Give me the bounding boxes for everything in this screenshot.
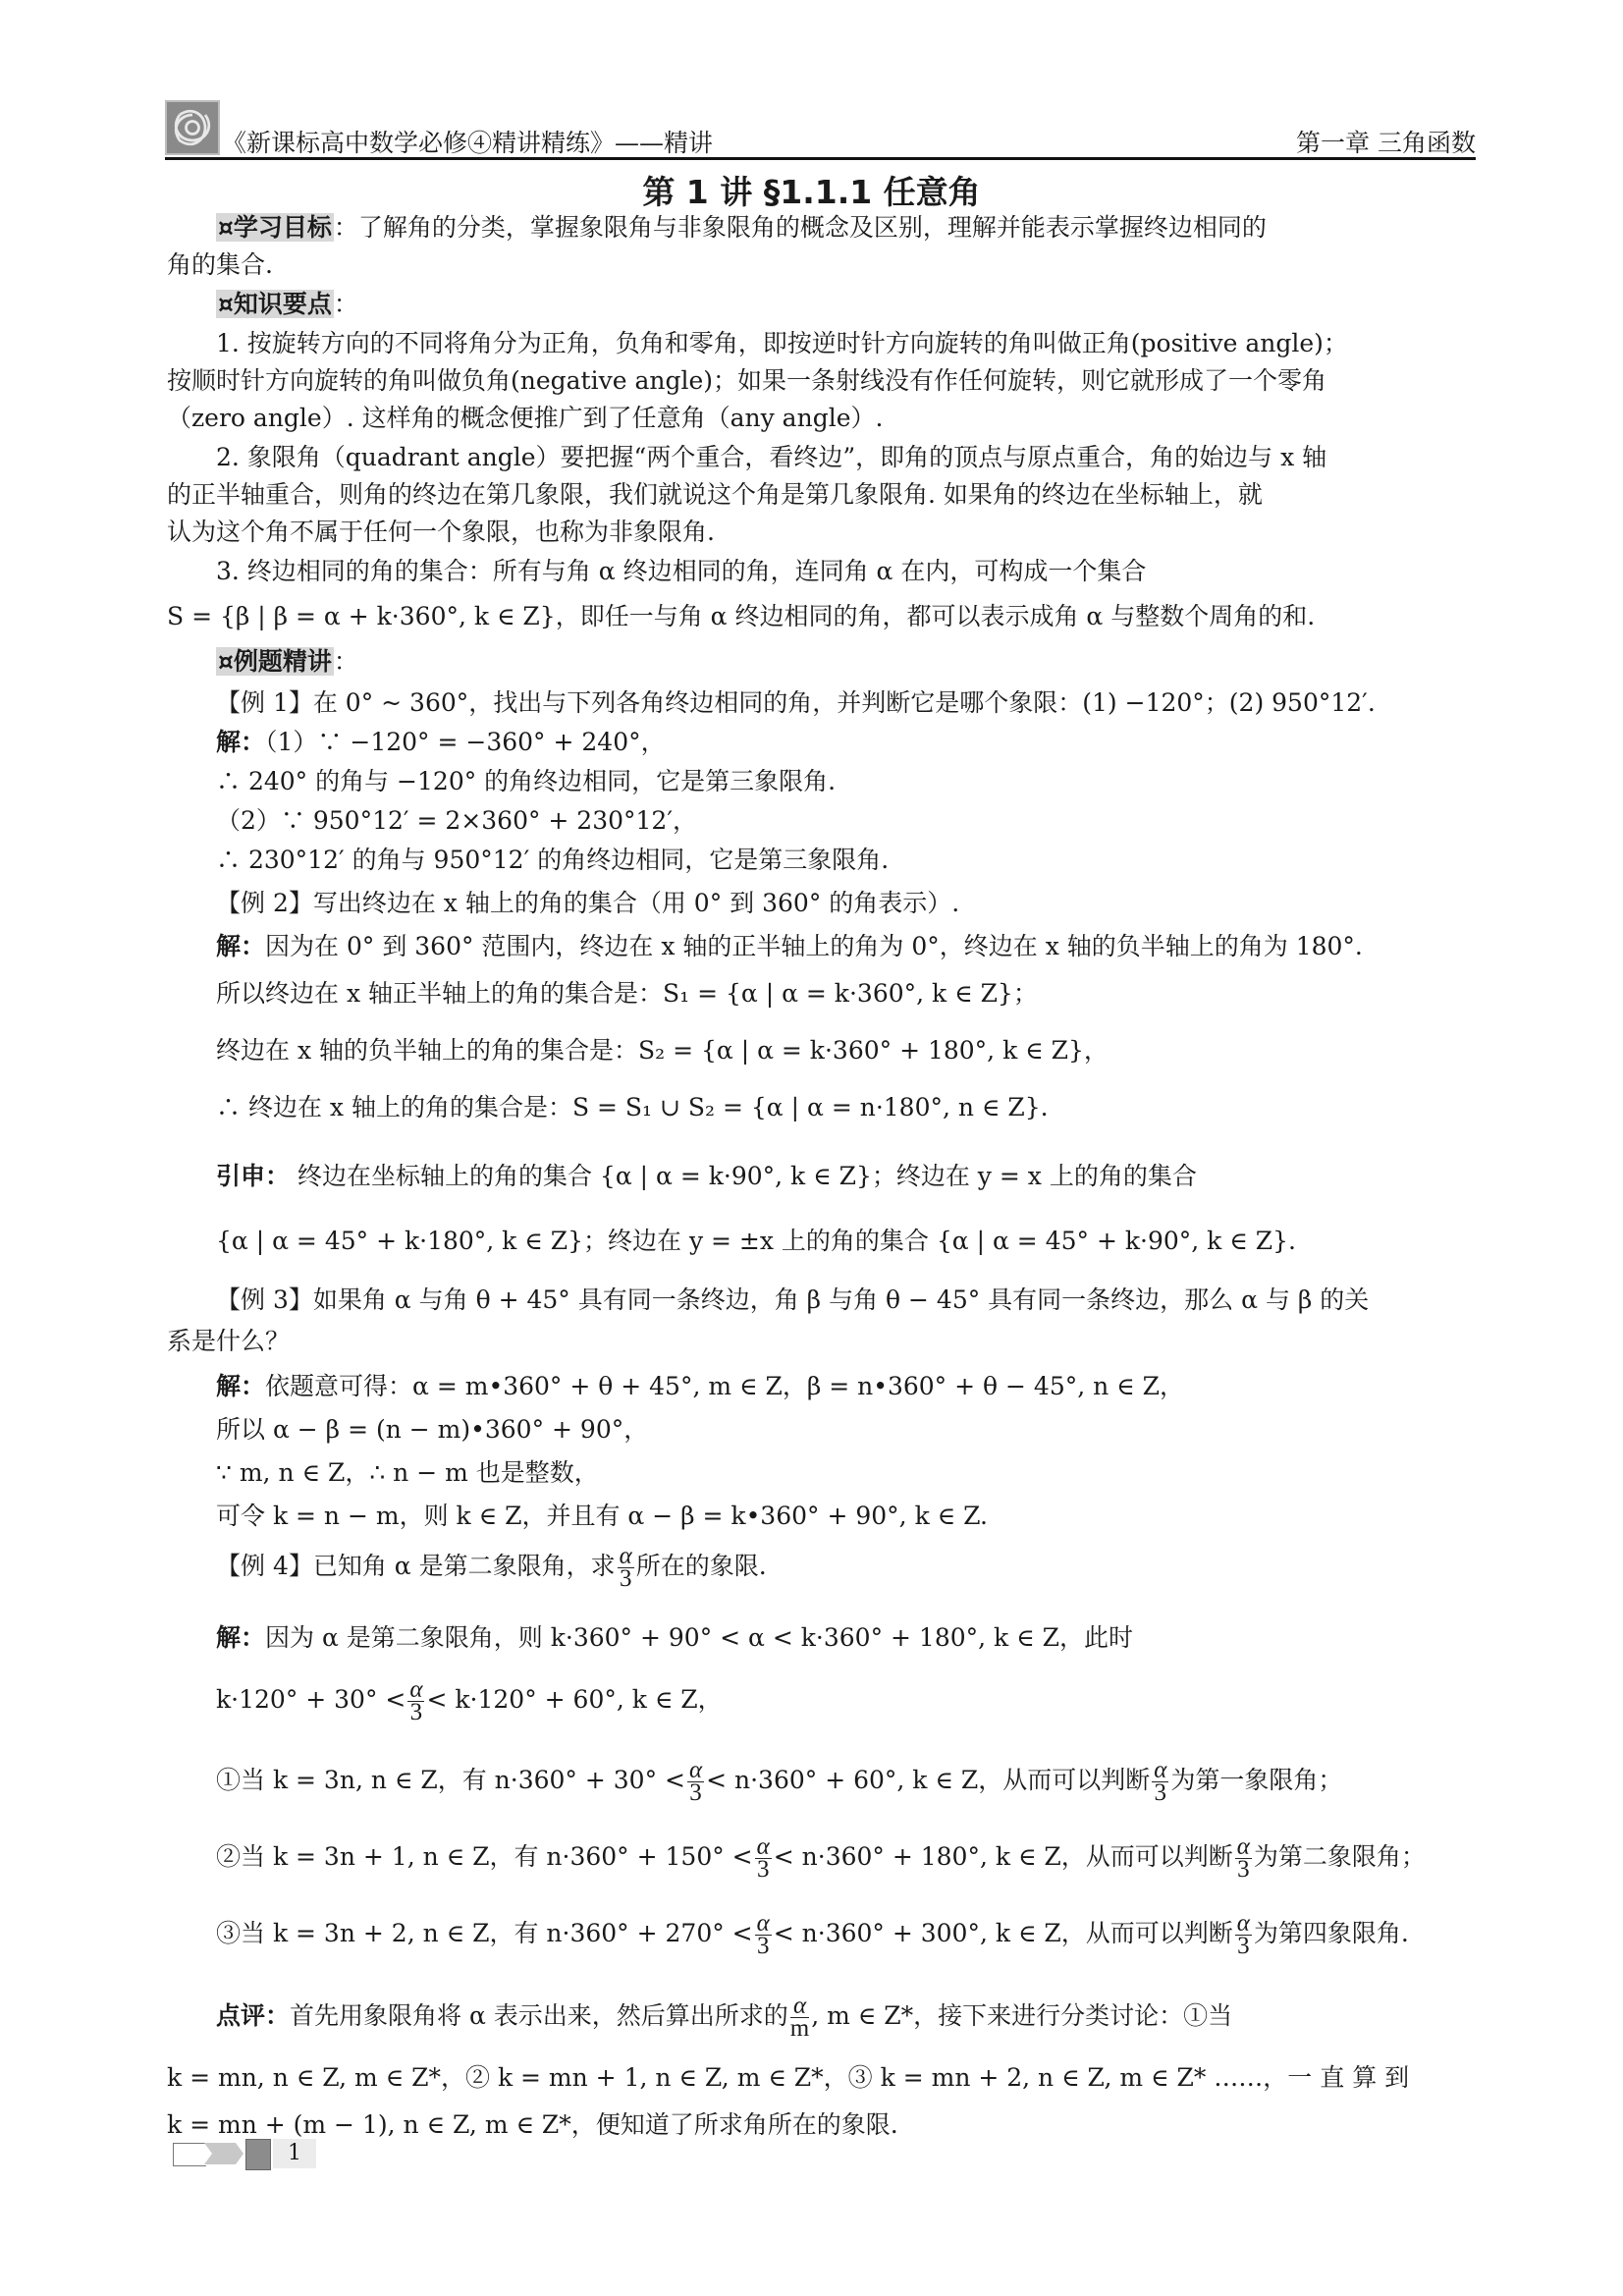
example-1-solution-3: （2）∵ 950°12′ = 2×360° + 230°12′， <box>216 803 697 839</box>
key-points-heading: ¤知识要点： <box>216 287 358 322</box>
key-point-2-line-3: 认为这个角不属于任何一个象限，也称为非象限角. <box>167 515 715 550</box>
fraction: α3 <box>1235 1836 1252 1881</box>
key-point-3-line-2: S = {β | β = α + k·360°, k ∈ Z}，即任一与角 α … <box>167 599 1315 634</box>
key-points-tag: ¤知识要点 <box>216 290 334 318</box>
fraction: α3 <box>407 1679 424 1723</box>
page-footer: 1 <box>167 2137 314 2168</box>
example-4-case-2: ②当 k = 3n + 1, n ∈ Z，有 n·360° + 150° <α3… <box>216 1836 1426 1881</box>
key-point-3-line-1: 3. 终边相同的角的集合：所有与角 α 终边相同的角，连同角 α 在内，可构成一… <box>216 554 1146 589</box>
page-header: 《新课标高中数学必修④精讲精练》——精讲 第一章 三角函数 <box>165 100 1476 161</box>
example-3-solution-3: ∵ m, n ∈ Z，∴ n − m 也是整数， <box>216 1455 599 1491</box>
example-2-question: 【例 2】写出终边在 x 轴上的角的集合（用 0° 到 360° 的角表示）. <box>216 886 959 921</box>
example-4-label: 【例 4】 <box>216 1552 313 1580</box>
example-1-question: 【例 1】在 0° ~ 360°，找出与下列各角终边相同的角，并判断它是哪个象限… <box>216 685 1376 721</box>
comment-line-2: k = mn, n ∈ Z, m ∈ Z*，② k = mn + 1, n ∈ … <box>167 2060 1409 2096</box>
objectives-line: ¤学习目标：了解角的分类，掌握象限角与非象限角的概念及区别，理解并能表示掌握终边… <box>216 210 1267 246</box>
example-1-solution-2: ∴ 240° 的角与 −120° 的角终边相同，它是第三象限角. <box>216 764 836 799</box>
lesson-title: 第 1 讲 §1.1.1 任意角 <box>0 167 1623 213</box>
solution-label: 解： <box>216 932 265 960</box>
key-point-2-line-1: 2. 象限角（quadrant angle）要把握“两个重合，看终边”，即角的顶… <box>216 440 1326 475</box>
header-divider <box>165 157 1476 160</box>
example-2-label: 【例 2】 <box>216 889 313 917</box>
example-3-question-1: 【例 3】如果角 α 与角 θ + 45° 具有同一条终边，角 β 与角 θ −… <box>216 1283 1369 1318</box>
solution-label: 解： <box>216 1372 265 1400</box>
example-4-question: 【例 4】已知角 α 是第二象限角，求α3所在的象限. <box>216 1546 767 1590</box>
example-3-label: 【例 3】 <box>216 1285 313 1314</box>
page-number: 1 <box>273 2139 316 2168</box>
fraction: α3 <box>1235 1913 1252 1957</box>
example-4-solution-1: 解：因为 α 是第二象限角，则 k·360° + 90° < α < k·360… <box>216 1620 1133 1656</box>
chapter-title: 第一章 三角函数 <box>1296 124 1476 159</box>
key-point-1-line-1: 1. 按旋转方向的不同将角分为正角，负角和零角，即按逆时针方向旋转的角叫做正角(… <box>216 326 1348 361</box>
example-1-label: 【例 1】 <box>216 688 313 717</box>
example-4-solution-2: k·120° + 30° <α3< k·120° + 60°, k ∈ Z， <box>216 1679 723 1723</box>
fraction: α3 <box>755 1913 772 1957</box>
example-3-question-2: 系是什么？ <box>167 1324 290 1359</box>
book-logo-icon <box>165 100 220 155</box>
fraction: α3 <box>1152 1760 1168 1804</box>
footer-block-icon <box>245 2139 271 2170</box>
example-4-case-3: ③当 k = 3n + 2, n ∈ Z，有 n·360° + 270° <α3… <box>216 1913 1409 1957</box>
solution-label: 解： <box>216 1623 265 1652</box>
fraction: αm <box>790 1995 809 2040</box>
example-3-solution-2: 所以 α − β = (n − m)•360° + 90°， <box>216 1412 648 1448</box>
example-4-case-1: ①当 k = 3n, n ∈ Z，有 n·360° + 30° <α3< n·3… <box>216 1760 1342 1804</box>
extension-line-1: 引申： 终边在坐标轴上的角的集合 {α | α = k·90°, k ∈ Z}；… <box>216 1159 1197 1194</box>
key-point-1-line-2: 按顺时针方向旋转的角叫做负角(negative angle)；如果一条射线没有作… <box>167 363 1326 399</box>
example-2-solution-4: ∴ 终边在 x 轴上的角的集合是：S = S₁ ∪ S₂ = {α | α = … <box>216 1090 1049 1125</box>
examples-heading: ¤例题精讲： <box>216 644 358 680</box>
document-page: 《新课标高中数学必修④精讲精练》——精讲 第一章 三角函数 第 1 讲 §1.1… <box>0 0 1623 2296</box>
solution-label: 解： <box>216 728 265 756</box>
objectives-text: ：了解角的分类，掌握象限角与非象限角的概念及区别，理解并能表示掌握终边相同的 <box>334 213 1267 242</box>
objectives-tag: ¤学习目标 <box>216 213 334 242</box>
example-2-solution-3: 终边在 x 轴的负半轴上的角的集合是：S₂ = {α | α = k·360° … <box>216 1033 1109 1068</box>
example-1-solution-4: ∴ 230°12′ 的角与 950°12′ 的角终边相同，它是第三象限角. <box>216 843 889 878</box>
example-1-solution-1: 解：（1）∵ −120° = −360° + 240°， <box>216 725 666 760</box>
book-title: 《新课标高中数学必修④精讲精练》——精讲 <box>222 124 713 159</box>
fraction: α3 <box>618 1546 634 1590</box>
example-2-solution-2: 所以终边在 x 轴正半轴上的角的集合是：S₁ = {α | α = k·360°… <box>216 976 1038 1011</box>
example-2-solution-1: 解：因为在 0° 到 360° 范围内，终边在 x 轴的正半轴上的角为 0°，终… <box>216 929 1363 964</box>
fraction: α3 <box>687 1760 704 1804</box>
key-point-1-line-3: （zero angle）. 这样角的概念便推广到了任意角（any angle）. <box>167 401 883 436</box>
comment-label: 点评： <box>216 2001 290 2030</box>
example-3-solution-1: 解：依题意可得：α = m•360° + θ + 45°, m ∈ Z，β = … <box>216 1369 1184 1404</box>
extension-label: 引申： <box>216 1162 290 1190</box>
comment-line-1: 点评：首先用象限角将 α 表示出来，然后算出所求的αm, m ∈ Z*，接下来进… <box>216 1995 1232 2040</box>
fraction: α3 <box>755 1836 772 1881</box>
examples-tag: ¤例题精讲 <box>216 647 334 676</box>
extension-line-2: {α | α = 45° + k·180°, k ∈ Z}；终边在 y = ±x… <box>216 1224 1296 1259</box>
objectives-line-2: 角的集合. <box>167 247 273 283</box>
example-3-solution-4: 可令 k = n − m，则 k ∈ Z，并且有 α − β = k•360° … <box>216 1499 988 1534</box>
key-point-2-line-2: 的正半轴重合，则角的终边在第几象限，我们就说这个角是第几象限角. 如果角的终边在… <box>167 477 1263 513</box>
